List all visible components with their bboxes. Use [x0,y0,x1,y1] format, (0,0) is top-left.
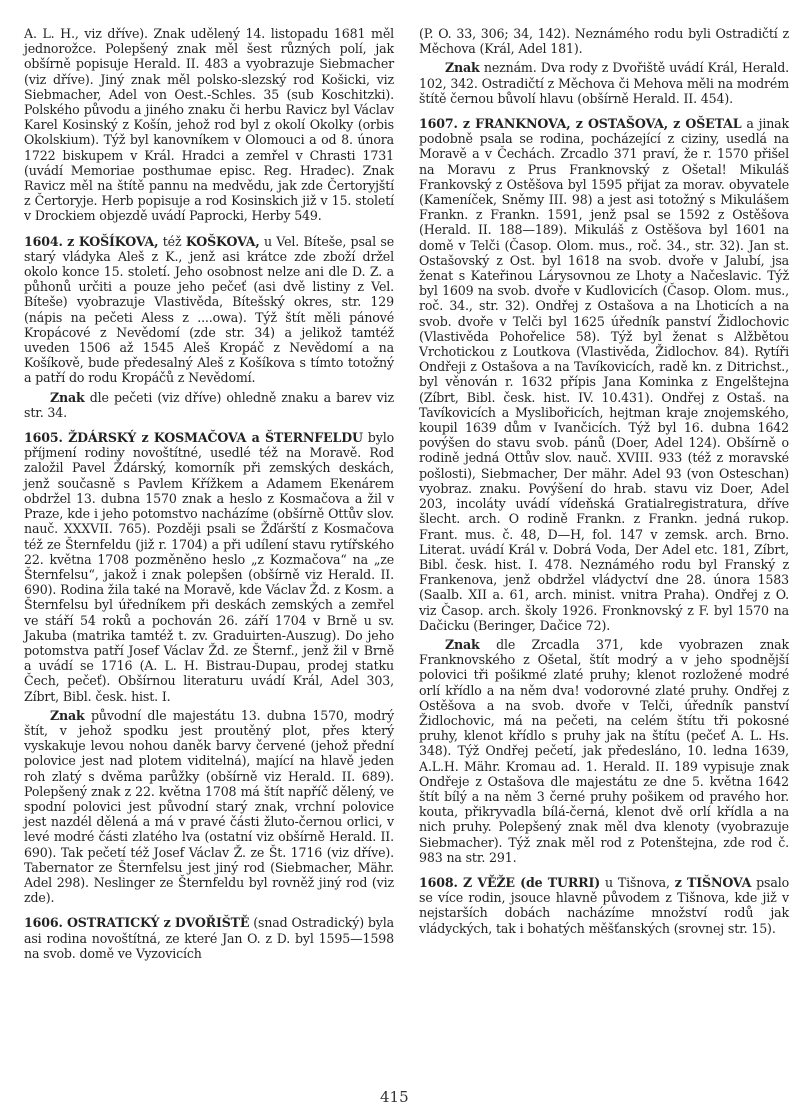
heading-connector: též [158,234,185,249]
entry-heading-alt: KOŠKOVA, [186,234,260,249]
continuation-text: (P. O. 33, 306; 34, 142). Neznámého rodu… [419,26,789,56]
entry-number: 1604. [24,234,63,249]
znak-label: Znak [50,708,85,723]
entry-body: bylo příjmení rodiny novoštítné, usedlé … [24,430,394,703]
znak-text: původní dle majestátu 13. dubna 1570, mo… [24,708,394,905]
znak-label: Znak [445,60,480,75]
entry-heading: z KOŠÍKOVA, [67,234,158,249]
entry-heading: 1605. ŽDÁRSKÝ z KOSMAČOVA a ŠTERNFELDU [24,430,363,445]
coat-of-arms-paragraph: Znak dle pečeti (viz dříve) ohledně znak… [24,390,394,420]
entry-1605: 1605. ŽDÁRSKÝ z KOSMAČOVA a ŠTERNFELDU b… [24,430,394,704]
znak-label: Znak [50,390,85,405]
znak-label: Znak [445,637,480,652]
entry-heading: 1608. Z VĚŽE (de TURRI) [419,875,600,890]
page-number: 415 [380,1088,409,1106]
entry-1607: 1607. z FRANKNOVA, z OSTAŠOVA, z OŠETAL … [419,116,789,633]
entry-1606: 1606. OSTRATICKÝ z DVOŘIŠTĚ (snad Ostrad… [24,915,394,961]
coat-of-arms-paragraph: Znak dle Zrcadla 371, kde vyobrazen znak… [419,637,789,865]
znak-text: dle Zrcadla 371, kde vyobrazen znak Fran… [419,637,789,865]
coat-of-arms-paragraph: Znak neznám. Dva rody z Dvořiště uvádí K… [419,60,789,106]
entry-heading: 1606. OSTRATICKÝ z DVOŘIŠTĚ [24,915,249,930]
continuation-text: A. L. H., viz dříve). Znak udělený 14. l… [24,26,394,224]
entry-body: u Vel. Bíteše, psal se starý vládyka Ale… [24,234,394,386]
entry-1604: 1604. z KOŠÍKOVA, též KOŠKOVA, u Vel. Bí… [24,234,394,386]
entry-heading: 1607. z FRANKNOVA, z OSTAŠOVA, z OŠETAL [419,116,742,131]
document-page: A. L. H., viz dříve). Znak udělený 14. l… [24,26,786,1086]
coat-of-arms-paragraph: Znak původní dle majestátu 13. dubna 157… [24,708,394,906]
left-column: A. L. H., viz dříve). Znak udělený 14. l… [24,26,394,961]
entry-heading-alt: z TIŠNOVA [675,875,751,890]
heading-connector: u Tišnova, [600,875,675,890]
right-column: (P. O. 33, 306; 34, 142). Neznámého rodu… [419,26,789,936]
entry-1608: 1608. Z VĚŽE (de TURRI) u Tišnova, z TIŠ… [419,875,789,936]
entry-body: a jinak podobně psala se rodina, pocháze… [419,116,789,633]
